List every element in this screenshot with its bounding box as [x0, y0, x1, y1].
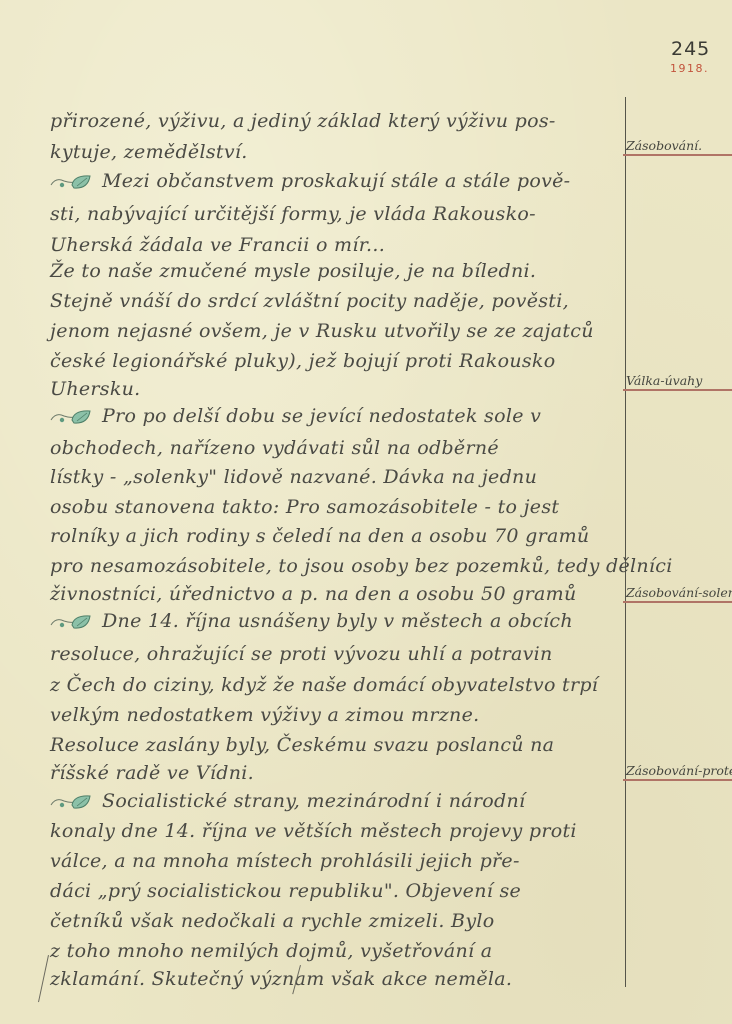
margin-note-valka-uvahy: Válka-úvahy: [623, 372, 732, 391]
paragraph-start-line: Socialistické strany, mezinárodní i náro…: [50, 790, 525, 812]
paragraph-line-text: Mezi občanstvem proskakují stále a stále…: [102, 170, 570, 192]
paragraph-start-line: Mezi občanstvem proskakují stále a stále…: [50, 170, 570, 192]
text-line: z toho mnoho nemilých dojmů, vyšetřování…: [50, 940, 492, 962]
margin-rule: [625, 97, 626, 987]
leaf-pilcrow-icon: [50, 613, 92, 631]
text-line: četníků však nedočkali a rychle zmizeli.…: [50, 910, 494, 932]
text-line: dáci „prý socialistickou republiku". Obj…: [50, 880, 521, 902]
text-line: rolníky a jich rodiny s čeledí na den a …: [50, 525, 589, 547]
leaf-pilcrow-icon: [50, 408, 92, 426]
text-line: říšské radě ve Vídni.: [50, 762, 254, 784]
text-line: živnostníci, úřednictvo a p. na den a os…: [50, 583, 577, 605]
text-line: osobu stanovena takto: Pro samozásobitel…: [50, 496, 559, 518]
text-line: zklamání. Skutečný význam však akce nemě…: [50, 968, 512, 990]
text-line: Resoluce zaslány byly, Českému svazu pos…: [50, 734, 554, 756]
text-line: kytuje, zemědělství.: [50, 141, 248, 163]
text-line: lístky - „solenky" lidově nazvané. Dávka…: [50, 466, 537, 488]
text-line: přirozené, výživu, a jediný základ který…: [50, 110, 556, 132]
text-line: velkým nedostatkem výživy a zimou mrzne.: [50, 704, 479, 726]
leaf-pilcrow-icon: [50, 173, 92, 191]
text-line: konaly dne 14. října ve větších městech …: [50, 820, 577, 842]
paragraph-line-text: Dne 14. října usnášeny byly v městech a …: [102, 610, 573, 632]
text-line: Stejně vnáší do srdcí zvláštní pocity na…: [50, 290, 569, 312]
paragraph-line-text: Pro po delší dobu se jevící nedostatek s…: [102, 405, 541, 427]
margin-note-zasobovani-protesty: Zásobování-protesty: [623, 762, 732, 781]
text-line: Uherská žádala ve Francii o mír...: [50, 234, 385, 256]
leaf-pilcrow-icon: [50, 793, 92, 811]
text-line: resoluce, ohražující se proti vývozu uhl…: [50, 643, 553, 665]
text-line: sti, nabývající určitější formy, je vlád…: [50, 203, 536, 225]
year-stamp: 1918.: [670, 62, 709, 75]
manuscript-page: 245 1918. Zásobování. Válka-úvahy Zásobo…: [0, 0, 732, 1024]
paragraph-start-line: Pro po delší dobu se jevící nedostatek s…: [50, 405, 541, 427]
paragraph-line-text: Socialistické strany, mezinárodní i náro…: [102, 790, 525, 812]
text-line: obchodech, nařízeno vydávati sůl na odbě…: [50, 437, 499, 459]
page-number: 245: [671, 38, 710, 60]
margin-note-zasobovani-solenky: Zásobování-solenky: [623, 584, 732, 603]
text-line: Že to naše zmučené mysle posiluje, je na…: [50, 260, 536, 282]
text-line: pro nesamozásobitele, to jsou osoby bez …: [50, 555, 673, 577]
text-line: Uhersku.: [50, 378, 141, 400]
pen-stroke: [38, 955, 49, 1002]
paragraph-start-line: Dne 14. října usnášeny byly v městech a …: [50, 610, 573, 632]
text-line: z Čech do ciziny, když že naše domácí ob…: [50, 674, 598, 696]
text-line: české legionářské pluky), jež bojují pro…: [50, 350, 555, 372]
margin-note-zasobovani: Zásobování.: [623, 137, 732, 156]
text-line: válce, a na mnoha místech prohlásili jej…: [50, 850, 520, 872]
text-line: jenom nejasné ovšem, je v Rusku utvořily…: [50, 320, 594, 342]
